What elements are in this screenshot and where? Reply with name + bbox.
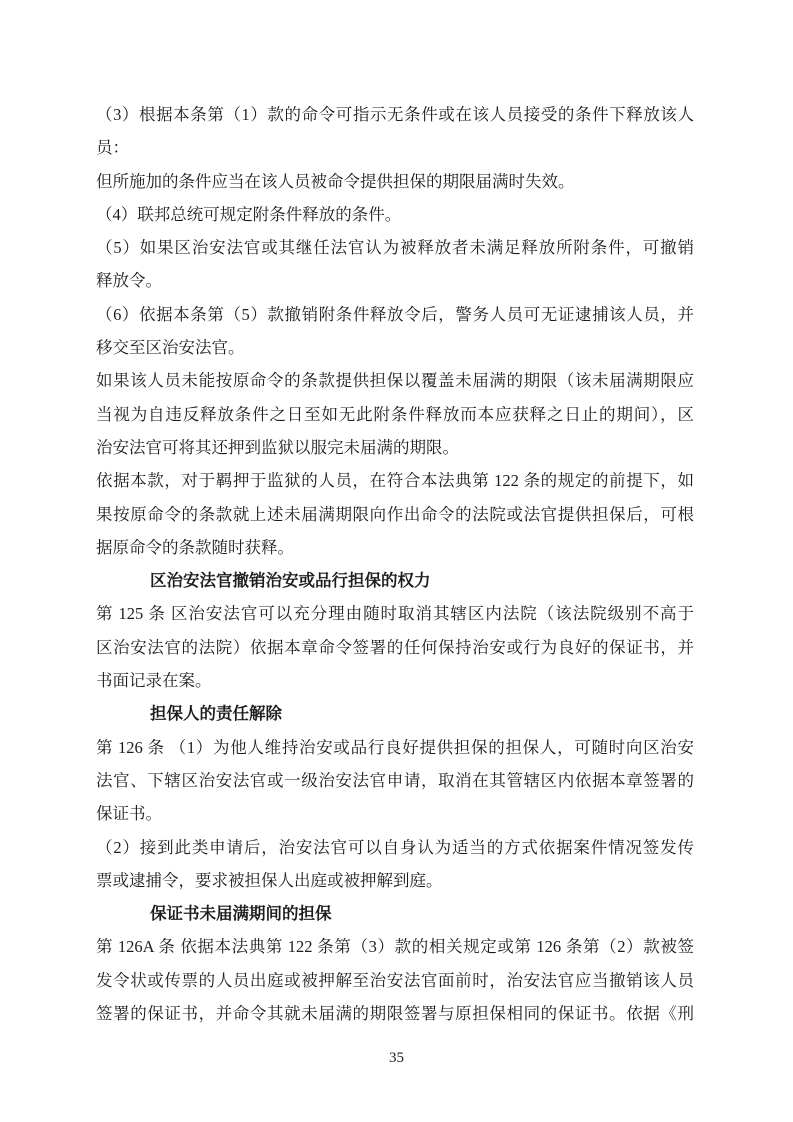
text-line: 签署的保证书，并命令其就未届满的期限签署与原担保相同的保证书。依据《刑 xyxy=(96,997,694,1030)
text-line: 第 125 条 区治安法官可以充分理由随时取消其辖区内法院（该法院级别不高于 xyxy=(96,597,694,630)
section-heading: 担保人的责任解除 xyxy=(96,697,694,730)
paragraph: 如果该人员未能按原命令的条款提供担保以覆盖未届满的期限（该未届满期限应当视为自违… xyxy=(96,364,694,464)
section-heading: 区治安法官撤销治安或品行担保的权力 xyxy=(96,564,694,597)
text-line: 依据本款，对于羁押于监狱的人员，在符合本法典第 122 条的规定的前提下，如 xyxy=(96,464,694,497)
text-line: 第 126 条 （1）为他人维持治安或品行良好提供担保的担保人，可随时向区治安 xyxy=(96,731,694,764)
paragraph: （5）如果区治安法官或其继任法官认为被释放者未满足释放所附条件，可撤销释放令。 xyxy=(96,231,694,298)
paragraph: 但所施加的条件应当在该人员被命令提供担保的期限届满时失效。 xyxy=(96,165,694,198)
paragraph: （2）接到此类申请后，治安法官可以自身认为适当的方式依据案件情况签发传票或逮捕令… xyxy=(96,831,694,898)
section-heading: 保证书未届满期间的担保 xyxy=(96,897,694,930)
text-line: 书面记录在案。 xyxy=(96,664,694,697)
text-line: （6）依据本条第（5）款撤销附条件释放令后，警务人员可无证逮捕该人员，并 xyxy=(96,298,694,331)
page-footer: 35 xyxy=(0,1048,793,1068)
text-line: 发令状或传票的人员出庭或被押解至治安法官面前时，治安法官应当撤销该人员 xyxy=(96,964,694,997)
page-number: 35 xyxy=(389,1050,404,1066)
text-line: 治安法官可将其还押到监狱以服完未届满的期限。 xyxy=(96,431,694,464)
text-line: 保证书。 xyxy=(96,797,694,830)
text-line: （4）联邦总统可规定附条件释放的条件。 xyxy=(96,198,694,231)
text-line: 当视为自违反释放条件之日至如无此附条件释放而本应获释之日止的期间），区 xyxy=(96,398,694,431)
heading-line: 保证书未届满期间的担保 xyxy=(96,897,694,930)
text-line: 如果该人员未能按原命令的条款提供担保以覆盖未届满的期限（该未届满期限应 xyxy=(96,364,694,397)
text-line: （2）接到此类申请后，治安法官可以自身认为适当的方式依据案件情况签发传 xyxy=(96,831,694,864)
paragraph: （4）联邦总统可规定附条件释放的条件。 xyxy=(96,198,694,231)
text-line: 释放令。 xyxy=(96,264,694,297)
paragraph: 依据本款，对于羁押于监狱的人员，在符合本法典第 122 条的规定的前提下，如果按… xyxy=(96,464,694,564)
paragraph: （6）依据本条第（5）款撤销附条件释放令后，警务人员可无证逮捕该人员，并移交至区… xyxy=(96,298,694,365)
text-line: 法官、下辖区治安法官或一级治安法官申请，取消在其管辖区内依据本章签署的 xyxy=(96,764,694,797)
document-body: （3）根据本条第（1）款的命令可指示无条件或在该人员接受的条件下释放该人员：但所… xyxy=(96,98,694,1030)
paragraph: 第 125 条 区治安法官可以充分理由随时取消其辖区内法院（该法院级别不高于区治… xyxy=(96,597,694,697)
text-line: 果按原命令的条款就上述未届满期限向作出命令的法院或法官提供担保后，可根 xyxy=(96,498,694,531)
text-line: 票或逮捕令，要求被担保人出庭或被押解到庭。 xyxy=(96,864,694,897)
text-line: （5）如果区治安法官或其继任法官认为被释放者未满足释放所附条件，可撤销 xyxy=(96,231,694,264)
text-line: 但所施加的条件应当在该人员被命令提供担保的期限届满时失效。 xyxy=(96,165,694,198)
heading-line: 担保人的责任解除 xyxy=(96,697,694,730)
paragraph: 第 126A 条 依据本法典第 122 条第（3）款的相关规定或第 126 条第… xyxy=(96,930,694,1030)
document-page: （3）根据本条第（1）款的命令可指示无条件或在该人员接受的条件下释放该人员：但所… xyxy=(0,0,793,1122)
text-line: （3）根据本条第（1）款的命令可指示无条件或在该人员接受的条件下释放该人 xyxy=(96,98,694,131)
heading-line: 区治安法官撤销治安或品行担保的权力 xyxy=(96,564,694,597)
paragraph: 第 126 条 （1）为他人维持治安或品行良好提供担保的担保人，可随时向区治安法… xyxy=(96,731,694,831)
text-line: 移交至区治安法官。 xyxy=(96,331,694,364)
text-line: 区治安法官的法院）依据本章命令签署的任何保持治安或行为良好的保证书，并 xyxy=(96,631,694,664)
text-line: 员： xyxy=(96,131,694,164)
paragraph: （3）根据本条第（1）款的命令可指示无条件或在该人员接受的条件下释放该人员： xyxy=(96,98,694,165)
text-line: 据原命令的条款随时获释。 xyxy=(96,531,694,564)
text-line: 第 126A 条 依据本法典第 122 条第（3）款的相关规定或第 126 条第… xyxy=(96,930,694,963)
